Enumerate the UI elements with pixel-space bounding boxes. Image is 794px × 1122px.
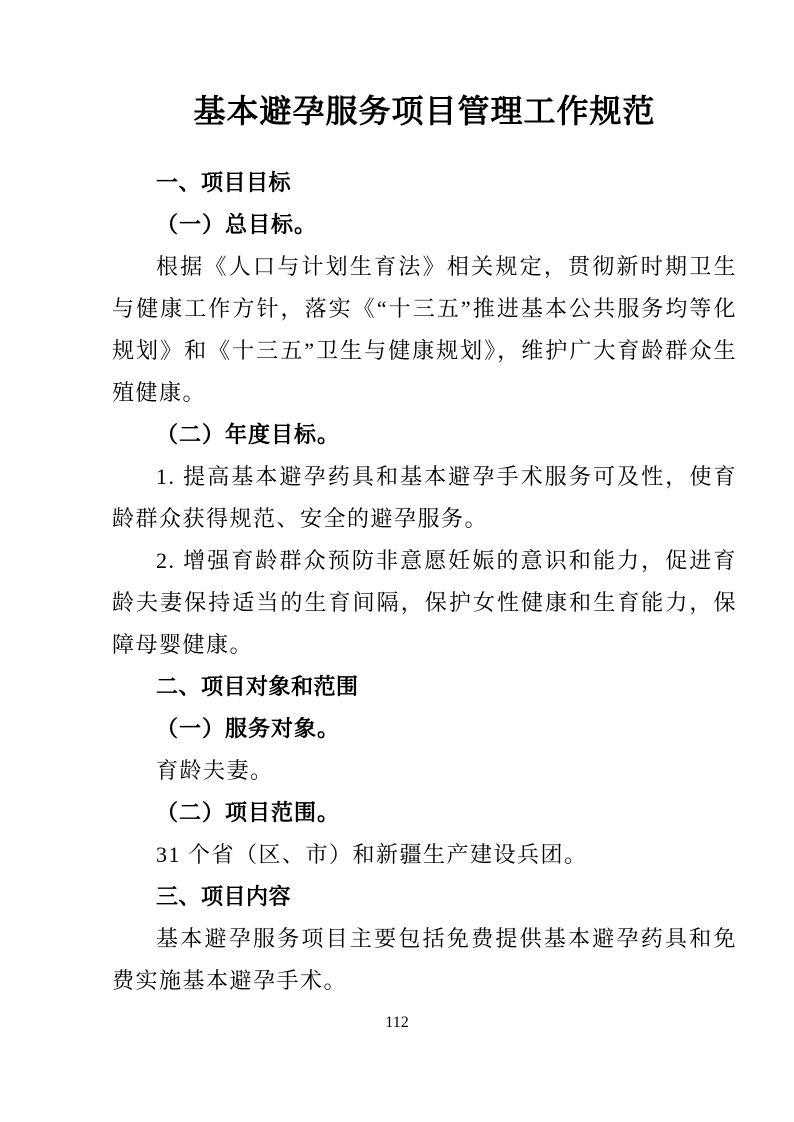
sub-heading-1-1: （一）总目标。 xyxy=(112,204,737,246)
paragraph: 基本避孕服务项目主要包括免费提供基本避孕药具和免费实施基本避孕手术。 xyxy=(112,918,737,1002)
paragraph: 31 个省（区、市）和新疆生产建设兵团。 xyxy=(112,834,737,876)
section-heading-3: 三、项目内容 xyxy=(112,876,737,918)
document-page: 基本避孕服务项目管理工作规范 一、项目目标 （一）总目标。 根据《人口与计划生育… xyxy=(0,0,794,1122)
section-heading-1: 一、项目目标 xyxy=(112,162,737,204)
sub-heading-2-2: （二）项目范围。 xyxy=(112,792,737,834)
sub-heading-2-1: （一）服务对象。 xyxy=(112,708,737,750)
paragraph: 根据《人口与计划生育法》相关规定，贯彻新时期卫生与健康工作方针，落实《“十三五”… xyxy=(112,246,737,414)
document-body: 一、项目目标 （一）总目标。 根据《人口与计划生育法》相关规定，贯彻新时期卫生与… xyxy=(112,162,737,1002)
sub-heading-1-2: （二）年度目标。 xyxy=(112,414,737,456)
document-title: 基本避孕服务项目管理工作规范 xyxy=(112,86,737,136)
section-heading-2: 二、项目对象和范围 xyxy=(112,666,737,708)
paragraph: 2. 增强育龄群众预防非意愿妊娠的意识和能力，促进育龄夫妻保持适当的生育间隔，保… xyxy=(112,540,737,666)
paragraph: 1. 提高基本避孕药具和基本避孕手术服务可及性，使育龄群众获得规范、安全的避孕服… xyxy=(112,456,737,540)
paragraph: 育龄夫妻。 xyxy=(112,750,737,792)
page-footer: 112 xyxy=(0,1014,794,1032)
page-number: 112 xyxy=(385,1014,408,1031)
